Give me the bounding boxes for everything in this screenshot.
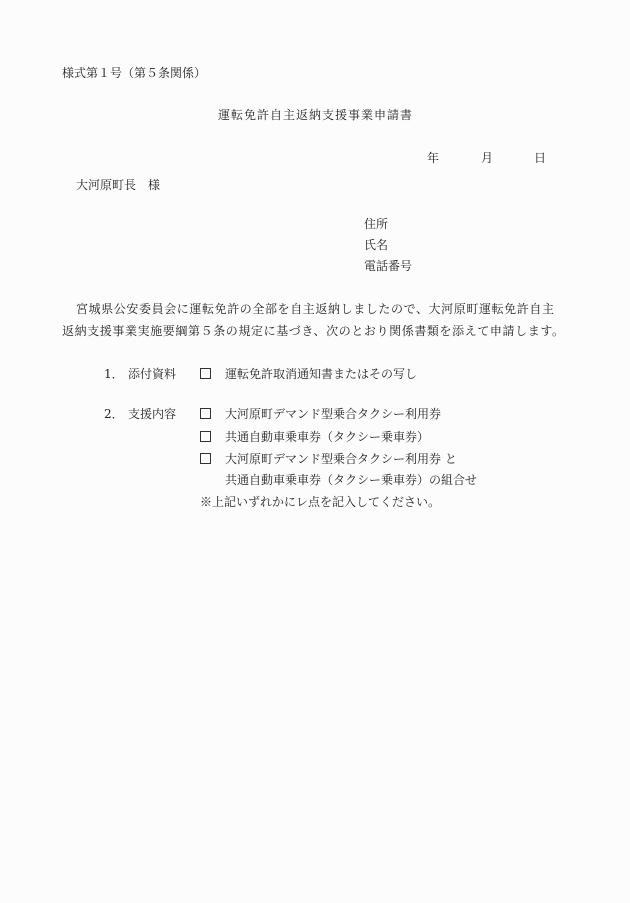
checkbox-combination[interactable] [200,452,211,466]
item-number: 1． [104,367,124,381]
phone-label: 電話番号 [364,259,412,273]
date-day-label: 日 [534,151,546,165]
name-label: 氏名 [364,238,388,252]
checkbox-license-cancel-notice[interactable] [200,367,211,381]
option-text: 大河原町デマンド型乗合タクシー利用券 と [225,452,457,466]
option-text: 大河原町デマンド型乗合タクシー利用券 [225,407,441,421]
address-label: 住所 [364,217,388,231]
option-text: 共通自動車乗車券（タクシー乗車券） [225,430,429,444]
option-text: 運転免許取消通知書またはその写し [225,367,417,381]
date-month-label: 月 [481,151,493,165]
document-title: 運転免許自主返納支援事業申請書 [218,108,413,122]
item-number: 2． [104,407,124,421]
body-line-2: 返納支援事業実施要綱第５条の規定に基づき、次のとおり関係書類を添えて申請します。 [62,324,565,338]
option-text-continuation: 共通自動車乗車券（タクシー乗車券）の組合せ [225,473,477,487]
form-number: 様式第１号（第５条関係） [62,66,206,80]
item-label: 支援内容 [128,407,176,421]
body-line-1: 宮城県公安委員会に運転免許の全部を自主返納しましたので、大河原町運転免許自主 [76,302,555,316]
date-year-label: 年 [427,151,439,165]
checkbox-common-taxi-ticket[interactable] [200,430,211,444]
checkbox-demand-taxi-ticket[interactable] [200,407,211,421]
addressee: 大河原町長 様 [76,178,160,192]
instruction-note: ※上記いずれかにレ点を記入してください。 [200,495,440,509]
item-label: 添付資料 [128,367,176,381]
